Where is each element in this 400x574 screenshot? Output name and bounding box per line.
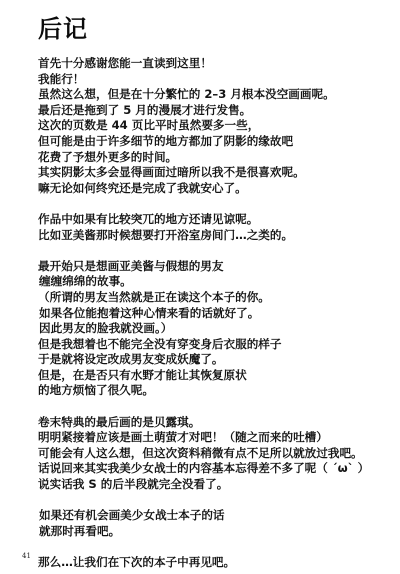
text-line: 话说回来其实我美少女战士的内容基本忘得差不多了呢（ ´ω` ） [38,461,388,477]
text-line: 嘛无论如何终究还是完成了我就安心了。 [38,181,388,197]
paragraph-spacer [38,399,388,415]
text-line: 最开始只是想画亚美酱与假想的男友 [38,259,388,275]
text-line: 最后还是拖到了 5 月的漫展才进行发售。 [38,103,388,119]
text-line: 这次的页数是 44 页比平时虽然要多一些， [38,118,388,134]
text-line: 花费了予想外更多的时间。 [38,150,388,166]
text-line: 于是就将设定改成男友变成妖魔了。 [38,352,388,368]
text-line: 但可能是由于许多细节的地方都加了阴影的缘故吧 [38,134,388,150]
text-line: 如果还有机会画美少女战士本子的话 [38,508,388,524]
paragraph-spacer [38,493,388,509]
text-line: （所谓的男友当然就是正在读这个本子的你。 [38,290,388,306]
text-line: 的地方烦恼了很久呢。 [38,383,388,399]
text-line: 那么…让我们在下次的本子中再见吧。 [38,555,388,571]
text-line: 说实话我 S 的后半段就完全没看了。 [38,477,388,493]
paragraph-spacer [38,243,388,259]
paragraph-spacer [38,539,388,555]
text-line: 我能行！ [38,72,388,88]
text-line: 缠缠绵绵的故事。 [38,274,388,290]
text-line: 可能会有人这么想，但这次资料稍微有点不足所以就放过我吧。 [38,446,388,462]
text-line: 其实阴影太多会显得画面过暗所以我不是很喜欢呢。 [38,165,388,181]
text-line: 比如亚美酱那时候想要打开浴室房间门…之类的。 [38,228,388,244]
text-line: 但是，在是否只有水野才能让其恢复原状 [38,368,388,384]
text-line: 首先十分感谢您能一直读到这里！ [38,56,388,72]
page-title: 后记 [38,14,88,44]
text-line: 因此男友的脸我就没画。） [38,321,388,337]
text-line: 虽然这么想，但是在十分繁忙的 2–3 月根本没空画画呢。 [38,87,388,103]
text-line: 作品中如果有比较突兀的地方还请见谅呢。 [38,212,388,228]
page-number: 41 [22,552,31,560]
document-page: 后记 首先十分感谢您能一直读到这里！ 我能行！ 虽然这么想，但是在十分繁忙的 2… [0,0,400,574]
text-line: 明明紧接着应该是画土萌萤才对吧！（随之而来的吐槽） [38,430,388,446]
paragraph-spacer [38,196,388,212]
text-line: 卷末特典的最后画的是贝露琪。 [38,415,388,431]
afterword-body: 首先十分感谢您能一直读到这里！ 我能行！ 虽然这么想，但是在十分繁忙的 2–3 … [38,56,388,571]
text-line: 就那时再看吧。 [38,524,388,540]
text-line: 如果各位能抱着这种心情来看的话就好了。 [38,306,388,322]
text-line: 但是我想着也不能完全没有穿变身后衣服的样子 [38,337,388,353]
